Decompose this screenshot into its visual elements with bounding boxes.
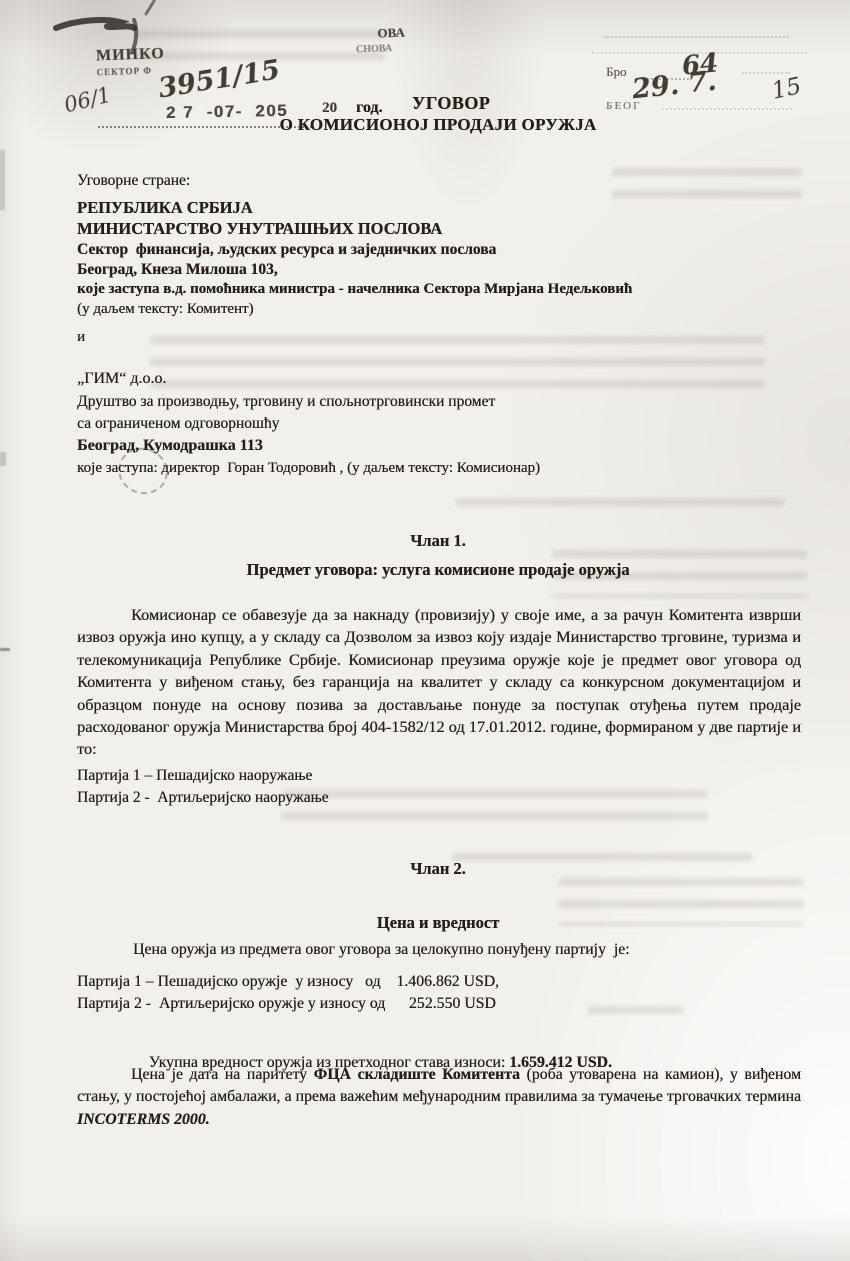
scanned-contract-page: МИНКО СЕКТОР Ф ОВА СНОВА 3951/15 06/1 2 … — [0, 0, 850, 1261]
party1-name: РЕПУБЛИКА СРБИЈА — [77, 198, 253, 217]
contract-title-line2: О КОМИСИОНОЈ ПРОДАЈИ ОРУЖЈА — [28, 115, 848, 135]
scan-edge-artifact — [0, 150, 5, 210]
bleedthrough-artifact — [588, 1006, 683, 1020]
party2-description: Друштво за производњу, трговину и спољно… — [77, 393, 495, 411]
party1-ministry: МИНИСТАРСТВО УНУТРАШЊИХ ПОСЛОВА — [77, 219, 442, 238]
article-1-heading: Члан 1. — [28, 531, 848, 550]
scan-edge-artifact — [0, 648, 10, 651]
stamp-faint-line — [742, 72, 790, 74]
stamp-faint-line — [604, 36, 789, 38]
party2-liability: са ограниченом одговорношћу — [77, 415, 279, 433]
fca-text: Цена је дата на паритету — [131, 1066, 314, 1083]
stamp-org-fragment: ОВА — [377, 25, 405, 41]
conjunction: и — [77, 329, 85, 347]
stamp-org-fragment: СНОВА — [356, 43, 392, 56]
article-2-subheading: Цена и вредност — [28, 913, 848, 932]
bleedthrough-artifact — [455, 498, 785, 516]
fca-paragraph: Цена је дата на паритету ФЦА складиште К… — [77, 1064, 801, 1131]
bleedthrough-artifact — [612, 168, 802, 208]
parties-label: Уговорне стране: — [77, 172, 190, 190]
article-2-heading: Члан 2. — [28, 859, 848, 878]
party2-name: „ГИМ“ д.о.о. — [77, 370, 166, 389]
scan-edge-artifact — [0, 452, 6, 466]
lot-1-line: Партија 1 – Пешадијско наоружање — [77, 767, 312, 785]
article-1-body: Комисионар се обавезује да за накнаду (п… — [77, 604, 801, 761]
party1-representative: које заступа в.д. помоћника министра - н… — [77, 281, 632, 299]
incoterms-reference: INCOTERMS 2000. — [77, 1111, 210, 1128]
stamp-org-fragment: МИНКО — [96, 45, 165, 66]
party1-sector: Сектор финансија, људских ресурса и заје… — [77, 241, 496, 259]
fca-term: ФЦА складиште Комитента — [314, 1066, 520, 1083]
price-intro-line: Цена оружја из предмета овог уговора за … — [133, 941, 630, 960]
party2-address: Београд, Кумодрашка 113 — [77, 437, 263, 456]
party2-representative: које заступа: директор Горан Тодоровић ,… — [77, 460, 540, 478]
party1-address: Београд, Кнеза Милоша 103, — [77, 261, 278, 279]
bleedthrough-artifact — [282, 790, 707, 834]
price-lot-2: Партија 2 - Артиљеријско оружје у износу… — [77, 995, 496, 1014]
contract-title-line1: УГОВОР — [412, 93, 490, 114]
article-1-subheading: Предмет уговора: услуга комисионе продај… — [28, 560, 848, 579]
lot-2-line: Партија 2 - Артиљеријско наоружање — [77, 789, 329, 807]
price-lot-1: Партија 1 – Пешадијско оружје у износу о… — [77, 973, 499, 992]
stamp-number-label: Бро — [606, 64, 626, 79]
party1-alias: (у даљем тексту: Комитент) — [77, 301, 253, 319]
stamp-org-fragment: СЕКТОР Ф — [96, 66, 152, 79]
stamp-faint-line — [662, 108, 792, 110]
